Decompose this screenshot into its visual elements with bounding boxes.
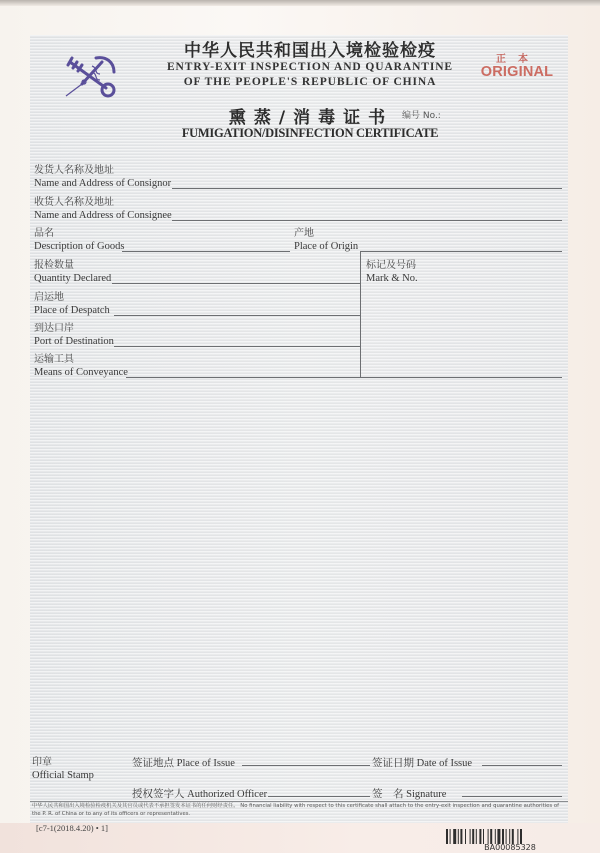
- certificate-title-english: FUMIGATION/DISINFECTION CERTIFICATE: [140, 126, 480, 141]
- goods-label: Description of Goods: [34, 241, 124, 252]
- official-stamp-label-chinese: 印章: [32, 753, 52, 768]
- footer-divider: [30, 801, 568, 802]
- authorized-officer-label: 授权签字人 Authorized Officer: [132, 786, 267, 801]
- marks-label[interactable]: Mark & No.: [366, 273, 418, 284]
- marks-box-divider: [360, 251, 361, 377]
- date-of-issue-label: 签证日期 Date of Issue: [372, 755, 472, 770]
- date-of-issue-field[interactable]: [482, 765, 562, 766]
- official-stamp-label: Official Stamp: [32, 770, 94, 781]
- origin-label-chinese: 产地: [294, 224, 314, 239]
- quantity-label-chinese: 报检数量: [34, 256, 74, 271]
- certificate-number-label: 编号 No.:: [402, 108, 441, 121]
- goods-label-chinese: 品名: [34, 224, 54, 239]
- issuer-name-english-line1: ENTRY-EXIT INSPECTION AND QUARANTINE: [140, 61, 480, 73]
- marks-label-chinese: 标记及号码: [366, 256, 416, 271]
- consignor-label: Name and Address of Consignor: [34, 178, 171, 189]
- place-of-issue-label: 签证地点 Place of Issue: [132, 755, 235, 770]
- form-code: [c7-1(2018.4.20) • 1]: [36, 823, 108, 833]
- despatch-label: Place of Despatch: [34, 305, 110, 316]
- conveyance-label: Means of Conveyance: [34, 367, 128, 378]
- consignor-field[interactable]: [172, 188, 562, 189]
- destination-label-chinese: 到达口岸: [34, 319, 74, 334]
- disclaimer-chinese: 中华人民共和国出入境检验检疫机关及其官员或代表不承担签发本证书的任何财经责任。: [32, 803, 239, 809]
- consignee-field[interactable]: [172, 220, 562, 221]
- issuer-name-chinese: 中华人民共和国出入境检验检疫: [150, 36, 470, 61]
- issuer-name-english-line2: OF THE PEOPLE'S REPUBLIC OF CHINA: [140, 76, 480, 88]
- original-copy-label-chinese: 正本: [478, 50, 558, 65]
- destination-field[interactable]: [114, 346, 360, 347]
- place-of-issue-field[interactable]: [242, 765, 370, 766]
- signature-field[interactable]: [462, 796, 562, 797]
- signature-label: 签 名 Signature: [372, 786, 446, 801]
- origin-field[interactable]: [360, 251, 562, 252]
- authorized-officer-field[interactable]: [268, 796, 370, 797]
- destination-label: Port of Destination: [34, 336, 114, 347]
- certificate-security-background: [30, 35, 568, 823]
- quantity-label: Quantity Declared: [34, 273, 111, 284]
- origin-label: Place of Origin: [294, 241, 358, 252]
- conveyance-label-chinese: 运输工具: [34, 350, 74, 365]
- quantity-field[interactable]: [112, 283, 360, 284]
- barcode-icon: [446, 829, 564, 844]
- consignor-label-chinese: 发货人名称及地址: [34, 161, 114, 176]
- conveyance-field[interactable]: [126, 377, 562, 378]
- original-copy-label: ORIGINAL: [472, 64, 562, 80]
- consignee-label: Name and Address of Consignee: [34, 210, 172, 221]
- consignee-label-chinese: 收货人名称及地址: [34, 193, 114, 208]
- despatch-field[interactable]: [114, 315, 360, 316]
- serial-number: BA00085328: [470, 843, 550, 852]
- key-caduceus-emblem-icon: [62, 50, 118, 100]
- liability-disclaimer: 中华人民共和国出入境检验检疫机关及其官员或代表不承担签发本证书的任何财经责任。 …: [32, 803, 566, 818]
- certificate-title-chinese: 熏蒸/消毒证书: [196, 103, 426, 128]
- goods-field[interactable]: [122, 251, 290, 252]
- despatch-label-chinese: 启运地: [34, 288, 64, 303]
